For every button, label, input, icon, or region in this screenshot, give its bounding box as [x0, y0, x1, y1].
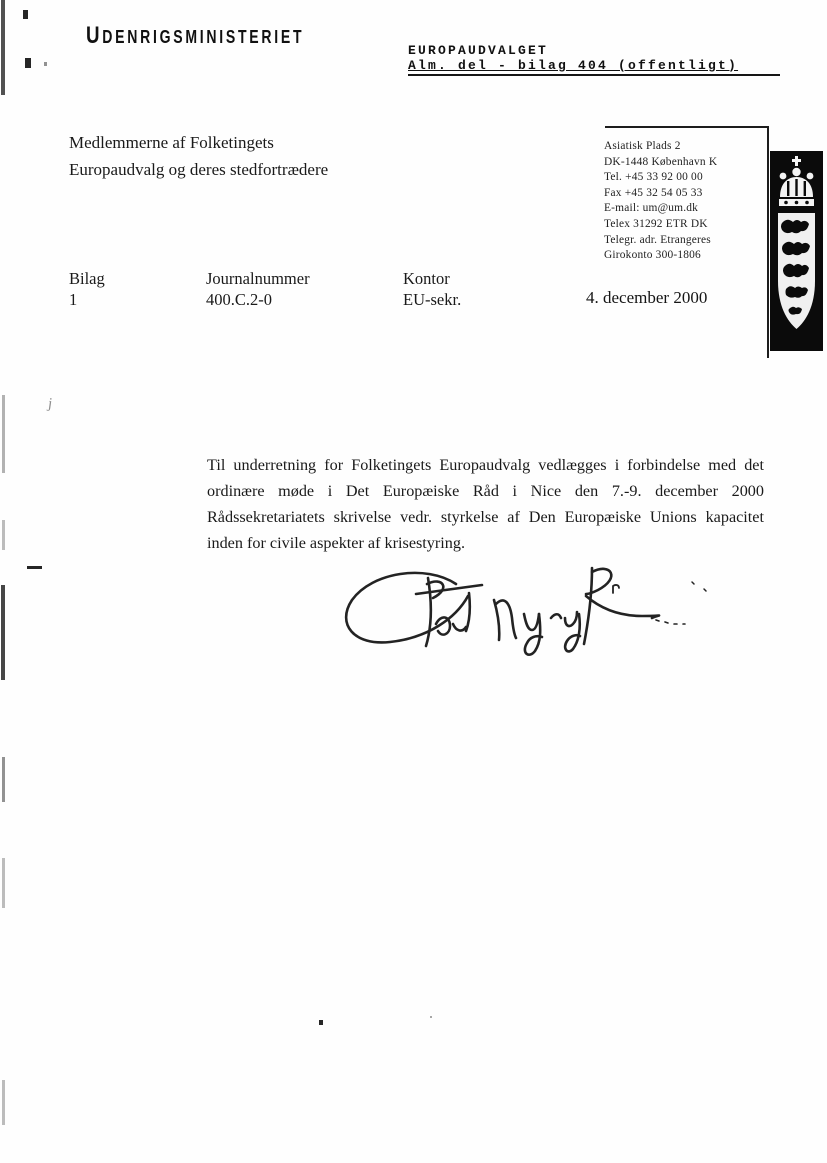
- contact-telegram: Telegr. adr. Etrangeres: [604, 233, 717, 249]
- journal-value: 400.C.2-0: [206, 290, 272, 310]
- contact-email: E-mail: um@um.dk: [604, 201, 717, 217]
- scan-artifact: [2, 395, 5, 473]
- scan-artifact: [2, 1080, 5, 1125]
- bilag-value: 1: [69, 290, 77, 310]
- scan-artifact: [1, 0, 5, 95]
- contact-divider-horizontal: [605, 126, 768, 128]
- ink-speck: [430, 1016, 432, 1018]
- recipient-address: Medlemmerne af Folketingets Europaudvalg…: [69, 129, 328, 183]
- kontor-value: EU-sekr.: [403, 290, 461, 310]
- contact-tel: Tel. +45 33 92 00 00: [604, 170, 717, 186]
- bilag-label: Bilag: [69, 269, 105, 289]
- contact-fax: Fax +45 32 54 05 33: [604, 186, 717, 202]
- letter-date: 4. december 2000: [586, 288, 707, 308]
- letter-page: UDENRIGSMINISTERIET EUROPAUDVALGET Alm. …: [0, 0, 827, 1163]
- contact-city: DK-1448 København K: [604, 155, 717, 171]
- signature-handwriting: [330, 556, 725, 674]
- scan-artifact: [1, 585, 5, 680]
- ink-speck: [23, 10, 28, 19]
- contact-divider-vertical: [767, 126, 769, 358]
- contact-giro: Girokonto 300-1806: [604, 248, 717, 264]
- letter-body: Til underretning for Folketingets Europa…: [207, 452, 764, 556]
- scan-artifact: [2, 757, 5, 802]
- ministry-contact-block: Asiatisk Plads 2 DK-1448 København K Tel…: [604, 139, 717, 264]
- recipient-line1: Medlemmerne af Folketingets: [69, 129, 328, 156]
- kontor-label: Kontor: [403, 269, 450, 289]
- ministry-letterhead: UDENRIGSMINISTERIET: [86, 22, 304, 50]
- scan-artifact: [2, 520, 5, 550]
- danish-coat-of-arms-icon: [770, 151, 823, 351]
- recipient-line2: Europaudvalg og deres stedfortrædere: [69, 156, 328, 183]
- journal-label: Journalnummer: [206, 269, 310, 289]
- contact-street: Asiatisk Plads 2: [604, 139, 717, 155]
- committee-stamp: EUROPAUDVALGET Alm. del - bilag 404 (off…: [408, 43, 780, 76]
- ink-speck: [44, 62, 47, 66]
- contact-telex: Telex 31292 ETR DK: [604, 217, 717, 233]
- stamp-committee: EUROPAUDVALGET: [408, 43, 780, 58]
- ink-speck: [319, 1020, 323, 1025]
- scan-artifact: [2, 858, 5, 908]
- stamp-reference: Alm. del - bilag 404 (offentligt): [408, 58, 780, 73]
- ink-squiggle: j: [47, 396, 53, 413]
- ink-speck: [27, 566, 42, 569]
- ink-speck: [25, 58, 31, 68]
